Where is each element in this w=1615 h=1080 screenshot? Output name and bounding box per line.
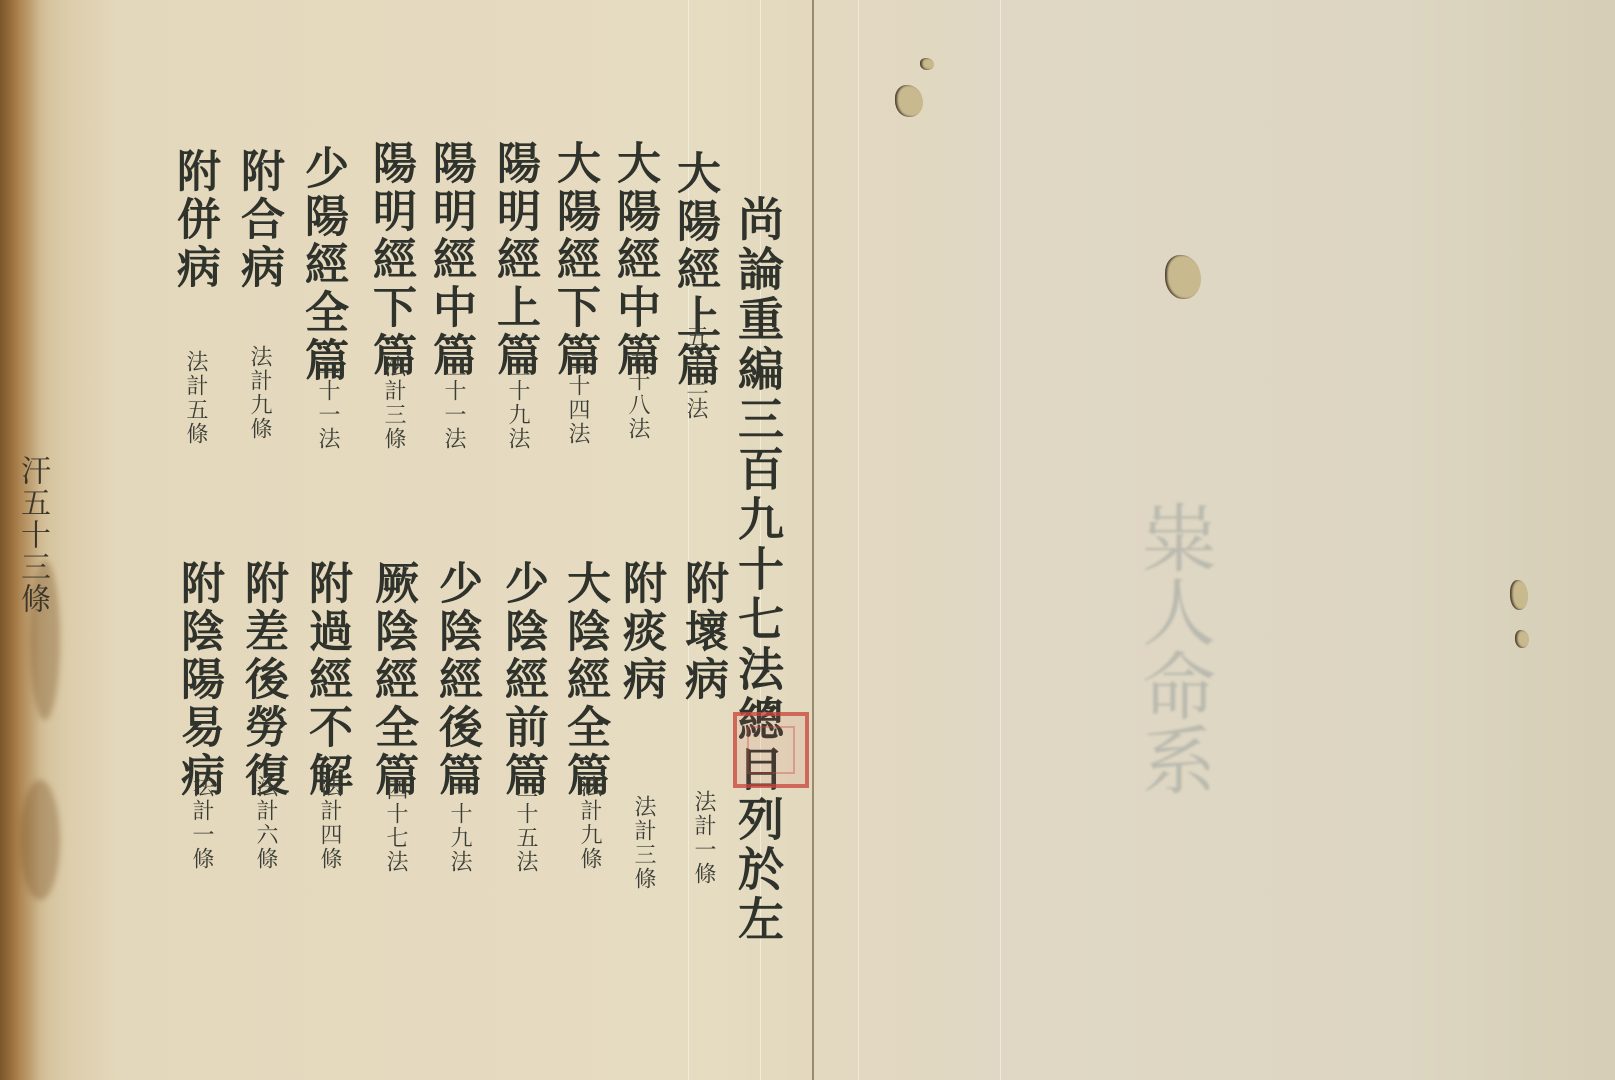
toc-heading: 大陰經全篇	[562, 560, 606, 800]
toc-heading: 陽明經中篇	[428, 140, 472, 380]
toc-count: 法計九條	[248, 345, 270, 441]
toc-count: 一十九法	[448, 778, 470, 874]
toc-heading: 厥陰經全篇	[370, 560, 414, 800]
toc-count: 法計三條	[632, 795, 654, 891]
paper-crease	[1000, 0, 1001, 1080]
worm-hole	[1165, 255, 1201, 299]
toc-count: 法計六條	[254, 775, 276, 871]
toc-count: 法計九條	[578, 775, 600, 871]
toc-count: 四十七法	[384, 778, 406, 874]
manuscript-page: 粜人命系 尚論重編三百九十七法總目列於左 大陽經上篇 五十三法 大陽經中篇 五十…	[0, 0, 1615, 1080]
toc-count: 二十四法	[566, 350, 588, 446]
worm-hole	[1510, 580, 1528, 610]
toc-heading: 少陰經前篇	[500, 560, 544, 800]
water-stain	[20, 780, 60, 900]
toc-heading: 大陽經中篇	[612, 140, 656, 380]
toc-count: 三十九法	[506, 355, 528, 451]
worm-hole	[920, 58, 934, 70]
toc-count: 二十一法	[316, 355, 338, 451]
title-column: 尚論重編三百九十七法總目列於左	[735, 195, 781, 945]
toc-heading: 附過經不解	[304, 560, 348, 800]
page-fold	[812, 0, 814, 1080]
toc-heading: 大陽經下篇	[552, 140, 596, 380]
paper-crease	[858, 0, 859, 1080]
toc-count: 法計五條	[184, 350, 206, 446]
toc-heading: 附差後勞復	[240, 560, 284, 800]
toc-heading: 附痰病	[618, 560, 662, 704]
toc-count: 法計一條	[692, 790, 714, 886]
toc-count: 五十三法	[684, 325, 706, 421]
toc-count: 法計一條	[190, 775, 212, 871]
toc-count: 五十八法	[626, 345, 648, 441]
toc-heading: 少陰經後篇	[434, 560, 478, 800]
toc-heading: 陽明經上篇	[492, 140, 536, 380]
worm-hole	[895, 85, 923, 117]
toc-count: 法計三條	[382, 355, 404, 451]
toc-heading: 附併病	[172, 148, 216, 292]
toc-heading: 附合病	[236, 148, 280, 292]
red-seal-stamp	[733, 712, 809, 788]
bleedthrough-text: 粜人命系	[1120, 500, 1226, 796]
toc-heading: 陽明經下篇	[368, 140, 412, 380]
toc-count: 三十一法	[442, 355, 464, 451]
left-margin-note: 汗五十三條	[10, 455, 54, 615]
toc-count: 法計四條	[318, 775, 340, 871]
toc-count: 二十五法	[514, 778, 536, 874]
toc-heading: 少陽經全篇	[300, 145, 344, 385]
toc-heading: 附壞病	[680, 560, 724, 704]
worm-hole	[1515, 630, 1529, 648]
toc-heading: 附陰陽易病	[176, 560, 220, 800]
